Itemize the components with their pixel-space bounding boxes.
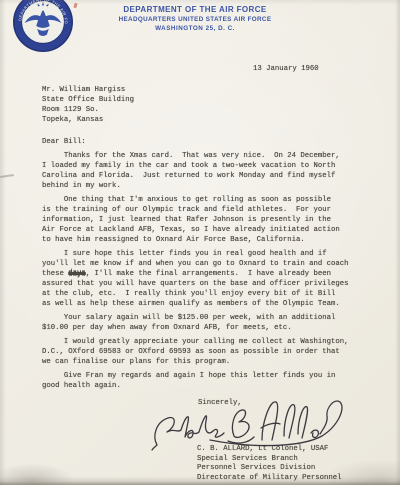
line-text: these	[42, 270, 68, 278]
typewritten-line: behind in my work.	[42, 181, 349, 191]
paragraph: Thanks for the Xmas card. That was very …	[42, 151, 349, 191]
salutation: Dear Bill:	[42, 137, 86, 147]
signature-block-line: Personnel Services Division	[197, 464, 342, 474]
recipient-line: Room 1129 So.	[42, 105, 134, 115]
signature-block-line: Directorate of Military Personnel	[197, 474, 342, 484]
recipient-address: Mr. William HargissState Office Building…	[42, 85, 134, 125]
typewritten-line: to have him reassigned to Oxnard Air For…	[42, 235, 349, 245]
typewritten-line: Give Fran my regards and again I hope th…	[42, 371, 349, 381]
typewritten-line: D.C., OXford 69583 or OXford 69593 as so…	[42, 347, 349, 357]
typewritten-line: these days, I'll make the final arrangem…	[42, 269, 349, 279]
overstruck-word: days	[68, 270, 86, 278]
typewritten-line: $10.00 per day when away from Oxnard AFB…	[42, 323, 349, 333]
typewritten-line: I sure hope this letter finds you in rea…	[42, 249, 349, 259]
typewritten-line: you'll let me know if and when you can g…	[42, 259, 349, 269]
paragraph: One thing that I'm anxious to get rollin…	[42, 195, 349, 245]
typewritten-line: we can finalise our plans for this progr…	[42, 357, 349, 367]
recipient-line: Mr. William Hargiss	[42, 85, 134, 95]
typewritten-line: information, I just learned that Rafer J…	[42, 215, 349, 225]
typewritten-line: I loaded my family in the car and took a…	[42, 161, 349, 171]
handwritten-signature	[150, 392, 350, 454]
typewritten-line: I would greatly appreciate your calling …	[42, 337, 349, 347]
typewritten-line: Carolina and Florida. Just returned to w…	[42, 171, 349, 181]
paragraph: I would greatly appreciate your calling …	[42, 337, 349, 367]
paragraph: I sure hope this letter finds you in rea…	[42, 249, 349, 309]
line-text: , I'll make the final arrangements. I ha…	[86, 270, 331, 278]
letterhead-headquarters: HEADQUARTERS UNITED STATES AIR FORCE	[80, 15, 310, 24]
recipient-line: State Office Building	[42, 95, 134, 105]
signature-block-line: Special Services Branch	[197, 455, 342, 465]
typewritten-line: good health again.	[42, 381, 349, 391]
letter-body: Thanks for the Xmas card. That was very …	[42, 151, 349, 395]
letterhead-city: WASHINGTON 25, D. C.	[80, 24, 310, 33]
pencil-mark	[0, 174, 14, 178]
air-force-seal: DEPARTMENT OF THE AIR FORCE UNITED STATE…	[12, 0, 74, 53]
typewritten-line: Air Force at Lackland AFB, Texas, so I h…	[42, 225, 349, 235]
typewritten-line: Thanks for the Xmas card. That was very …	[42, 151, 349, 161]
letterhead: DEPARTMENT OF THE AIR FORCE HEADQUARTERS…	[80, 5, 310, 33]
typewritten-line: at the club, etc. I really think you'll …	[42, 289, 349, 299]
date-line: 13 January 1960	[253, 64, 319, 74]
letterhead-department: DEPARTMENT OF THE AIR FORCE	[80, 5, 310, 15]
typewritten-line: as well as help these airmen qualify as …	[42, 299, 349, 309]
letter-page: DEPARTMENT OF THE AIR FORCE UNITED STATE…	[0, 0, 400, 485]
typewritten-line: assured that you will have quarters on t…	[42, 279, 349, 289]
paragraph: Give Fran my regards and again I hope th…	[42, 371, 349, 391]
typewritten-line: is the training of our Olympic track and…	[42, 205, 349, 215]
paragraph: Your salary again will be $125.00 per we…	[42, 313, 349, 333]
red-ink-speck	[73, 3, 77, 9]
typewritten-line: One thing that I'm anxious to get rollin…	[42, 195, 349, 205]
recipient-line: Topeka, Kansas	[42, 115, 134, 125]
typewritten-line: Your salary again will be $125.00 per we…	[42, 313, 349, 323]
